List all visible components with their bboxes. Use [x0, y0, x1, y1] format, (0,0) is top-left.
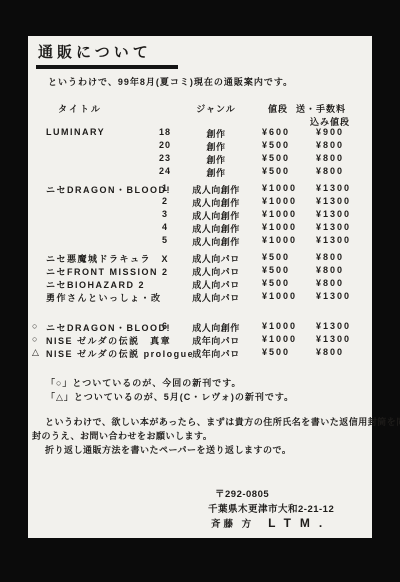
table-row: ○ニセDRAGON・BLOOD!6成人向創作¥1000¥1300: [28, 321, 372, 334]
row-number: 18: [154, 127, 176, 137]
table-row: 23創作¥500¥800: [28, 153, 372, 166]
table-row: 4成人向創作¥1000¥1300: [28, 222, 372, 235]
row-marker: ○: [32, 334, 46, 344]
row-total: ¥1300: [316, 196, 351, 206]
row-title: ニセFRONT MISSION 2: [46, 265, 164, 278]
row-price: ¥1000: [262, 209, 297, 219]
table-row: 勇作さんといっしょ・改成人向パロ¥1000¥1300: [28, 291, 372, 304]
row-genre: 創作: [184, 127, 248, 140]
row-genre: 創作: [184, 140, 248, 153]
row-number: 2: [154, 196, 176, 206]
table-row: ニセBIOHAZARD 2成人向パロ¥500¥800: [28, 278, 372, 291]
row-price: ¥600: [262, 127, 290, 137]
column-header-genre: ジャンル: [184, 102, 248, 115]
row-genre: 成年向パロ: [184, 334, 248, 347]
row-number: 3: [154, 209, 176, 219]
table-row: 2成人向創作¥1000¥1300: [28, 196, 372, 209]
row-total: ¥1300: [316, 183, 351, 193]
row-total: ¥1300: [316, 321, 351, 331]
row-price: ¥500: [262, 140, 290, 150]
row-genre: 成人向パロ: [184, 291, 248, 304]
table-row: ニセDRAGON・BLOOD!1成人向創作¥1000¥1300: [28, 183, 372, 196]
row-total: ¥800: [316, 265, 344, 275]
row-title: ニセDRAGON・BLOOD!: [46, 183, 164, 196]
row-number: 5: [154, 235, 176, 245]
row-total: ¥800: [316, 153, 344, 163]
row-total: ¥1300: [316, 209, 351, 219]
ordering-instructions-line2: 封のうえ、お問い合わせをお願いします。: [32, 429, 212, 442]
row-title: ニセDRAGON・BLOOD!: [46, 321, 164, 334]
row-genre: 創作: [184, 153, 248, 166]
table-row: ○NISE ゼルダの伝説 真章成年向パロ¥1000¥1300: [28, 334, 372, 347]
row-price: ¥1000: [262, 222, 297, 232]
row-total: ¥800: [316, 140, 344, 150]
column-header-title: タイトル: [58, 102, 102, 115]
recipient-line: 斉藤 方LTM.: [211, 516, 331, 530]
intro-text: というわけで、99年8月(夏コミ)現在の通販案内です。: [48, 75, 293, 88]
row-title: ニセBIOHAZARD 2: [46, 278, 164, 291]
table-row: ニセFRONT MISSION 2成人向パロ¥500¥800: [28, 265, 372, 278]
row-total: ¥800: [316, 278, 344, 288]
row-title: 勇作さんといっしょ・改: [46, 291, 164, 304]
page-title: 通販について: [36, 41, 178, 69]
row-total: ¥1300: [316, 334, 351, 344]
recipient-name: 斉藤 方: [211, 519, 254, 530]
row-marker: △: [32, 347, 46, 358]
row-price: ¥500: [262, 265, 290, 275]
row-genre: 成人向創作: [184, 222, 248, 235]
row-genre: 創作: [184, 166, 248, 179]
note-triangle-marker: 「△」とついているのが、5月(C・レヴォ)の新刊です。: [46, 390, 294, 403]
row-price: ¥500: [262, 166, 290, 176]
row-genre: 成人向創作: [184, 209, 248, 222]
table-group: LUMINARY18創作¥600¥90020創作¥500¥80023創作¥500…: [28, 127, 372, 179]
table-row: 24創作¥500¥800: [28, 166, 372, 179]
table-group: ○ニセDRAGON・BLOOD!6成人向創作¥1000¥1300○NISE ゼル…: [28, 321, 372, 360]
row-price: ¥1000: [262, 196, 297, 206]
row-total: ¥1300: [316, 235, 351, 245]
circle-name: LTM.: [268, 516, 331, 530]
row-price: ¥500: [262, 278, 290, 288]
row-genre: 成人向パロ: [184, 265, 248, 278]
row-genre: 成人向創作: [184, 235, 248, 248]
row-number: 24: [154, 166, 176, 176]
postal-code: 〒292-0805: [215, 486, 269, 500]
row-total: ¥800: [316, 166, 344, 176]
row-genre: 成年向パロ: [184, 347, 248, 360]
row-total: ¥1300: [316, 291, 351, 301]
scanned-page-background: 通販について というわけで、99年8月(夏コミ)現在の通販案内です。 タイトル …: [0, 0, 400, 582]
table-row: 5成人向創作¥1000¥1300: [28, 235, 372, 248]
row-price: ¥1000: [262, 291, 297, 301]
ordering-instructions-line1: というわけで、欲しい本があったら、まずは貴方の住所氏名を書いた返信用封筒を同: [45, 415, 400, 428]
row-title: NISE ゼルダの伝説 prologue: [46, 347, 164, 360]
row-total: ¥900: [316, 127, 344, 137]
row-total: ¥1300: [316, 222, 351, 232]
row-number: 1: [154, 183, 176, 193]
row-genre: 成人向創作: [184, 183, 248, 196]
row-total: ¥800: [316, 252, 344, 262]
table-group: ニセDRAGON・BLOOD!1成人向創作¥1000¥13002成人向創作¥10…: [28, 183, 372, 248]
row-price: ¥500: [262, 347, 290, 357]
table-row: LUMINARY18創作¥600¥900: [28, 127, 372, 140]
row-number: 4: [154, 222, 176, 232]
row-title: LUMINARY: [46, 127, 164, 137]
row-title: NISE ゼルダの伝説 真章: [46, 334, 164, 347]
column-header-shipping-line1: 送・手数料: [296, 102, 346, 115]
row-price: ¥1000: [262, 334, 297, 344]
row-price: ¥1000: [262, 235, 297, 245]
row-genre: 成人向パロ: [184, 252, 248, 265]
table-row: △NISE ゼルダの伝説 prologue成年向パロ¥500¥800: [28, 347, 372, 360]
row-price: ¥1000: [262, 183, 297, 193]
price-table: LUMINARY18創作¥600¥90020創作¥500¥80023創作¥500…: [28, 127, 372, 360]
row-price: ¥1000: [262, 321, 297, 331]
row-genre: 成人向創作: [184, 321, 248, 334]
street-address: 千葉県木更津市大和2-21-12: [208, 501, 334, 515]
row-number: 20: [154, 140, 176, 150]
row-title: ニセ悪魔城ドラキュラ X: [46, 252, 164, 265]
row-number: 23: [154, 153, 176, 163]
row-price: ¥500: [262, 252, 290, 262]
ordering-instructions-line3: 折り返し通販方法を書いたペーパーを送り返しますので。: [45, 443, 291, 456]
row-number: 6: [154, 321, 176, 331]
table-row: 3成人向創作¥1000¥1300: [28, 209, 372, 222]
table-group: ニセ悪魔城ドラキュラ X成人向パロ¥500¥800ニセFRONT MISSION…: [28, 252, 372, 304]
table-row: 20創作¥500¥800: [28, 140, 372, 153]
row-total: ¥800: [316, 347, 344, 357]
row-genre: 成人向パロ: [184, 278, 248, 291]
row-marker: ○: [32, 321, 46, 331]
mail-order-info-page: 通販について というわけで、99年8月(夏コミ)現在の通販案内です。 タイトル …: [28, 36, 372, 538]
row-price: ¥500: [262, 153, 290, 163]
table-row: ニセ悪魔城ドラキュラ X成人向パロ¥500¥800: [28, 252, 372, 265]
row-genre: 成人向創作: [184, 196, 248, 209]
note-circle-marker: 「○」とついているのが、今回の新刊です。: [46, 376, 242, 389]
